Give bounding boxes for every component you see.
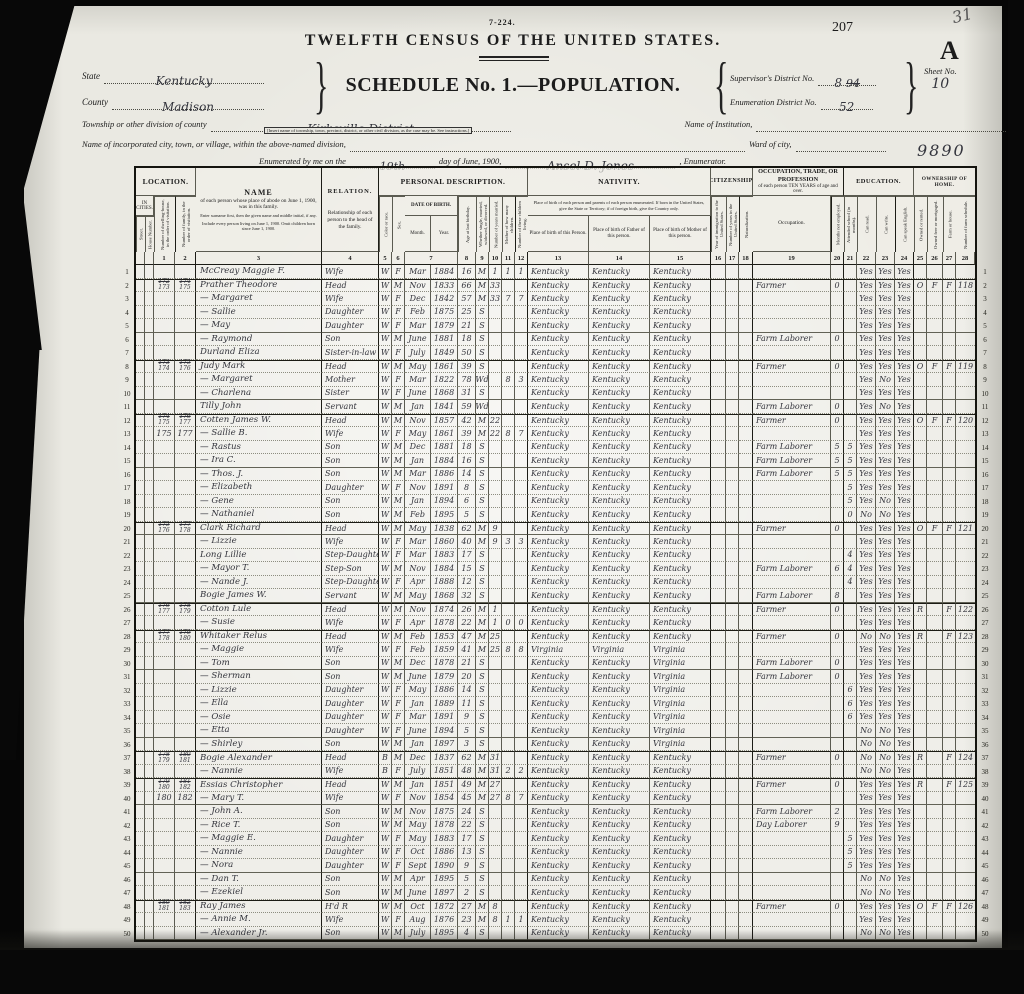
census-cell: Virginia [650, 711, 711, 725]
census-cell [943, 346, 956, 360]
census-cell: Kentucky [528, 589, 589, 603]
census-cell: — Maggie [196, 643, 322, 657]
census-cell: No [876, 765, 895, 779]
census-cell: 172173 [154, 279, 175, 293]
census-cell: Son [322, 873, 379, 887]
census-cell [914, 441, 927, 455]
census-cell [711, 738, 726, 752]
census-cell: Yes [876, 859, 895, 873]
census-cell: 5 [844, 468, 857, 482]
census-cell: Kentucky [589, 873, 650, 887]
census-cell [927, 684, 943, 698]
census-cell: — Raymond [196, 333, 322, 347]
census-cell [711, 400, 726, 414]
census-cell: 1895 [431, 508, 458, 522]
census-cell [175, 468, 196, 482]
census-cell [145, 805, 154, 819]
census-cell: Kentucky [589, 562, 650, 576]
census-cell [515, 495, 528, 509]
census-cell: Kentucky [528, 603, 589, 617]
census-cell [502, 819, 515, 833]
census-cell [753, 319, 831, 333]
census-cell: Yes [857, 603, 876, 617]
census-cell [739, 765, 753, 779]
census-cell [914, 697, 927, 711]
census-cell: 6 [844, 684, 857, 698]
census-cell: M [392, 360, 405, 374]
census-cell: Yes [895, 616, 914, 630]
census-cell: Head [322, 778, 379, 792]
census-cell: W [379, 616, 392, 630]
census-cell [515, 657, 528, 671]
census-cell [502, 900, 515, 914]
census-cell [175, 684, 196, 698]
census-cell: F [392, 387, 405, 401]
census-cell: B [379, 751, 392, 765]
census-cell [726, 346, 739, 360]
census-cell [145, 576, 154, 590]
census-cell [502, 751, 515, 765]
census-cell: Kentucky [650, 765, 711, 779]
census-cell: Kentucky [650, 832, 711, 846]
census-cell [711, 306, 726, 320]
census-cell: 1849 [431, 346, 458, 360]
census-cell: Yes [857, 549, 876, 563]
census-cell [844, 535, 857, 549]
census-cell: — Lizzie [196, 535, 322, 549]
census-cell [739, 616, 753, 630]
census-cell: Daughter [322, 859, 379, 873]
census-cell [711, 846, 726, 860]
census-cell: Farm Laborer [753, 657, 831, 671]
row-number: 12 [977, 415, 993, 429]
census-cell: Kentucky [528, 846, 589, 860]
census-cell: Farmer [753, 414, 831, 428]
census-cell: M [392, 900, 405, 914]
census-cell: Kentucky [589, 414, 650, 428]
census-cell: W [379, 468, 392, 482]
scan-edge-artifact-bottom [0, 948, 1024, 994]
census-cell [175, 670, 196, 684]
census-cell [726, 832, 739, 846]
census-cell [489, 657, 502, 671]
census-cell: 3 [458, 738, 476, 752]
census-cell [914, 589, 927, 603]
census-cell [844, 522, 857, 536]
census-cell [831, 306, 844, 320]
census-cell [927, 481, 943, 495]
census-cell: Kentucky [650, 522, 711, 536]
census-cell [502, 657, 515, 671]
census-cell [502, 778, 515, 792]
census-cell: Cotton Lule [196, 603, 322, 617]
census-cell [502, 360, 515, 374]
census-cell [489, 468, 502, 482]
census-cell: F [392, 846, 405, 860]
census-cell [914, 832, 927, 846]
row-number: 45 [977, 860, 993, 874]
census-cell: Daughter [322, 724, 379, 738]
census-cell [154, 643, 175, 657]
census-cell: 62 [458, 522, 476, 536]
census-cell [711, 360, 726, 374]
census-cell [739, 576, 753, 590]
col-mother-of: Mother of how many children. [502, 196, 515, 252]
census-cell: 59 [458, 400, 476, 414]
census-cell [943, 873, 956, 887]
census-cell: S [476, 306, 489, 320]
census-cell [502, 481, 515, 495]
census-cell: Yes [895, 441, 914, 455]
census-cell: Kentucky [589, 589, 650, 603]
census-cell: Kentucky [528, 751, 589, 765]
census-cell: S [476, 819, 489, 833]
census-cell: 23 [458, 913, 476, 927]
row-number: 43 [977, 833, 993, 847]
census-cell [739, 292, 753, 306]
census-cell: 27 [489, 792, 502, 806]
census-cell: Kentucky [528, 292, 589, 306]
census-cell: F [392, 306, 405, 320]
census-cell: Oct [405, 846, 431, 860]
census-cell [502, 832, 515, 846]
census-cell [136, 616, 145, 630]
census-cell [711, 535, 726, 549]
census-cell: S [476, 468, 489, 482]
census-cell [145, 562, 154, 576]
census-cell [515, 387, 528, 401]
census-cell [502, 711, 515, 725]
census-cell: Kentucky [589, 360, 650, 374]
census-cell [711, 805, 726, 819]
census-cell: Yes [876, 562, 895, 576]
column-number: 23 [876, 252, 895, 265]
census-cell: Kentucky [650, 360, 711, 374]
census-cell [753, 643, 831, 657]
census-cell [726, 400, 739, 414]
census-cell [711, 454, 726, 468]
census-cell: O [914, 522, 927, 536]
census-cell: 39 [458, 427, 476, 441]
census-cell: F [943, 630, 956, 644]
census-cell [502, 495, 515, 509]
census-cell: F [392, 832, 405, 846]
census-cell [145, 414, 154, 428]
census-cell: Kentucky [650, 846, 711, 860]
census-cell: Dec [405, 292, 431, 306]
census-cell [502, 387, 515, 401]
census-cell: Wife [322, 913, 379, 927]
census-cell [726, 751, 739, 765]
census-cell: Yes [876, 643, 895, 657]
census-cell [831, 265, 844, 279]
census-cell [145, 454, 154, 468]
census-cell: W [379, 873, 392, 887]
census-cell: Yes [876, 684, 895, 698]
census-cell: Wife [322, 616, 379, 630]
census-cell [726, 427, 739, 441]
census-cell: M [392, 819, 405, 833]
census-cell: Yes [895, 360, 914, 374]
census-cell: Kentucky [528, 400, 589, 414]
census-cell [515, 414, 528, 428]
census-cell [175, 832, 196, 846]
census-cell [515, 778, 528, 792]
census-cell: W [379, 346, 392, 360]
sheet-no-value: 10 [924, 76, 957, 92]
census-cell [136, 454, 145, 468]
census-cell: 6 [844, 697, 857, 711]
census-cell [711, 508, 726, 522]
census-cell [844, 792, 857, 806]
census-cell: No [857, 630, 876, 644]
census-cell [844, 306, 857, 320]
census-cell [489, 697, 502, 711]
census-cell [175, 711, 196, 725]
census-cell: Yes [876, 441, 895, 455]
census-cell [145, 873, 154, 887]
census-cell [844, 265, 857, 279]
census-cell: Yes [895, 373, 914, 387]
group-ownership: OWNERSHIP OF HOME. [914, 168, 975, 196]
census-cell [914, 427, 927, 441]
census-cell: Kentucky [589, 427, 650, 441]
census-cell [136, 670, 145, 684]
census-cell [154, 441, 175, 455]
census-cell [136, 400, 145, 414]
census-cell: 8 [489, 900, 502, 914]
census-cell: 9 [458, 859, 476, 873]
census-cell: 47 [458, 630, 476, 644]
census-cell [515, 589, 528, 603]
census-cell [844, 333, 857, 347]
citizenship-title: CITIZENSHIP. [711, 177, 753, 186]
row-number: 46 [977, 874, 993, 888]
census-cell [844, 387, 857, 401]
census-cell: — Mary T. [196, 792, 322, 806]
census-cell [943, 711, 956, 725]
census-cell: S [476, 319, 489, 333]
census-cell: 176177 [154, 603, 175, 617]
census-cell: Kentucky [589, 886, 650, 900]
census-cell: 180181 [154, 900, 175, 914]
census-cell: Yes [895, 657, 914, 671]
census-cell: Kentucky [650, 400, 711, 414]
row-number: 38 [977, 766, 993, 780]
census-cell: Wife [322, 427, 379, 441]
census-cell [726, 657, 739, 671]
census-cell: 7 [515, 427, 528, 441]
census-cell: — Margaret [196, 292, 322, 306]
census-cell: — John A. [196, 805, 322, 819]
col-can-read: Can read. [857, 196, 876, 252]
census-cell [515, 279, 528, 293]
census-cell: Yes [876, 319, 895, 333]
census-cell [927, 670, 943, 684]
row-number: 9 [120, 374, 134, 388]
census-cell: 5 [458, 873, 476, 887]
census-cell [927, 441, 943, 455]
census-cell [739, 549, 753, 563]
census-cell [145, 616, 154, 630]
census-cell [914, 333, 927, 347]
census-cell [927, 562, 943, 576]
census-cell [927, 913, 943, 927]
row-number: 13 [977, 428, 993, 442]
census-cell [175, 886, 196, 900]
census-cell [489, 481, 502, 495]
census-cell: 180181 [175, 751, 196, 765]
census-cell: 1884 [431, 454, 458, 468]
census-cell: No [876, 738, 895, 752]
census-cell: 1841 [431, 400, 458, 414]
census-cell [154, 454, 175, 468]
census-cell [844, 414, 857, 428]
census-cell [136, 522, 145, 536]
census-cell: 1897 [431, 738, 458, 752]
census-cell [154, 765, 175, 779]
census-cell [753, 873, 831, 887]
census-cell [711, 913, 726, 927]
census-cell [175, 454, 196, 468]
row-number: 3 [120, 293, 134, 307]
census-cell: Yes [857, 684, 876, 698]
name-note2: Include every person living on June 1, 1… [199, 221, 318, 232]
census-cell [145, 832, 154, 846]
census-cell: Daughter [322, 711, 379, 725]
census-cell: 182183 [175, 900, 196, 914]
census-cell: Yes [876, 481, 895, 495]
row-number: 48 [977, 901, 993, 915]
census-cell: Yes [857, 495, 876, 509]
census-cell [136, 724, 145, 738]
census-cell [515, 508, 528, 522]
census-cell: 4 [844, 549, 857, 563]
census-cell: 1881 [431, 441, 458, 455]
census-cell: 6 [844, 711, 857, 725]
census-cell: Yes [895, 346, 914, 360]
census-cell: 39 [458, 360, 476, 374]
census-cell [145, 535, 154, 549]
census-cell: Son [322, 657, 379, 671]
census-cell [927, 576, 943, 590]
census-cell [515, 900, 528, 914]
census-cell [515, 468, 528, 482]
census-cell [489, 819, 502, 833]
census-cell [739, 535, 753, 549]
census-cell: Yes [895, 670, 914, 684]
row-numbers-left: 1234567891011121314151617181920212223242… [120, 166, 134, 942]
census-cell: Kentucky [528, 724, 589, 738]
census-cell [489, 859, 502, 873]
census-cell [739, 414, 753, 428]
census-cell [515, 346, 528, 360]
census-cell: 0 [831, 414, 844, 428]
census-cell [515, 522, 528, 536]
census-cell [502, 441, 515, 455]
census-cell [502, 724, 515, 738]
census-cell [739, 481, 753, 495]
census-cell: — Gene [196, 495, 322, 509]
census-cell [145, 427, 154, 441]
census-cell: Oct [405, 900, 431, 914]
census-cell [844, 670, 857, 684]
census-cell: 20 [458, 670, 476, 684]
census-cell: Kentucky [528, 900, 589, 914]
census-cell [515, 630, 528, 644]
census-cell: Prather Theodore [196, 279, 322, 293]
census-cell [956, 481, 975, 495]
census-cell [943, 549, 956, 563]
census-cell [943, 265, 956, 279]
census-cell [154, 549, 175, 563]
census-cell [515, 819, 528, 833]
census-cell: Mar [405, 535, 431, 549]
census-cell [489, 549, 502, 563]
census-cell [844, 913, 857, 927]
census-cell: Yes [857, 441, 876, 455]
census-cell: — Nathaniel [196, 508, 322, 522]
census-cell [136, 792, 145, 806]
census-cell [726, 373, 739, 387]
census-cell: Daughter [322, 697, 379, 711]
census-cell [943, 373, 956, 387]
census-cell [844, 657, 857, 671]
row-number: 40 [120, 793, 134, 807]
census-cell: 181182 [175, 778, 196, 792]
census-cell [154, 535, 175, 549]
census-cell: H'd R [322, 900, 379, 914]
census-cell [914, 292, 927, 306]
census-cell [739, 711, 753, 725]
census-cell: Kentucky [528, 697, 589, 711]
census-cell: 9 [489, 535, 502, 549]
column-number: 4 [322, 252, 379, 265]
census-cell: 120 [956, 414, 975, 428]
census-cell: 1886 [431, 684, 458, 698]
row-number: 25 [120, 590, 134, 604]
census-cell [739, 913, 753, 927]
census-cell [831, 846, 844, 860]
census-cell [831, 292, 844, 306]
census-cell [739, 643, 753, 657]
census-cell: W [379, 657, 392, 671]
census-cell: 16 [458, 454, 476, 468]
row-number: 23 [120, 563, 134, 577]
census-cell [914, 643, 927, 657]
census-cell: S [476, 657, 489, 671]
census-cell: Wife [322, 292, 379, 306]
census-cell: Yes [857, 535, 876, 549]
census-cell [753, 495, 831, 509]
census-cell: Yes [857, 481, 876, 495]
census-cell: — Sherman [196, 670, 322, 684]
census-cell: M [476, 643, 489, 657]
column-number: 20 [831, 252, 844, 265]
census-cell: 5 [844, 454, 857, 468]
census-cell: Durland Eliza [196, 346, 322, 360]
census-cell: 8 [502, 373, 515, 387]
census-cell: Kentucky [528, 346, 589, 360]
census-cell [914, 657, 927, 671]
census-cell: Yes [895, 738, 914, 752]
census-cell: 125 [956, 778, 975, 792]
census-cell: Yes [895, 414, 914, 428]
census-cell: S [476, 360, 489, 374]
census-cell: O [914, 414, 927, 428]
census-cell: Tilly John [196, 400, 322, 414]
census-cell [136, 279, 145, 293]
